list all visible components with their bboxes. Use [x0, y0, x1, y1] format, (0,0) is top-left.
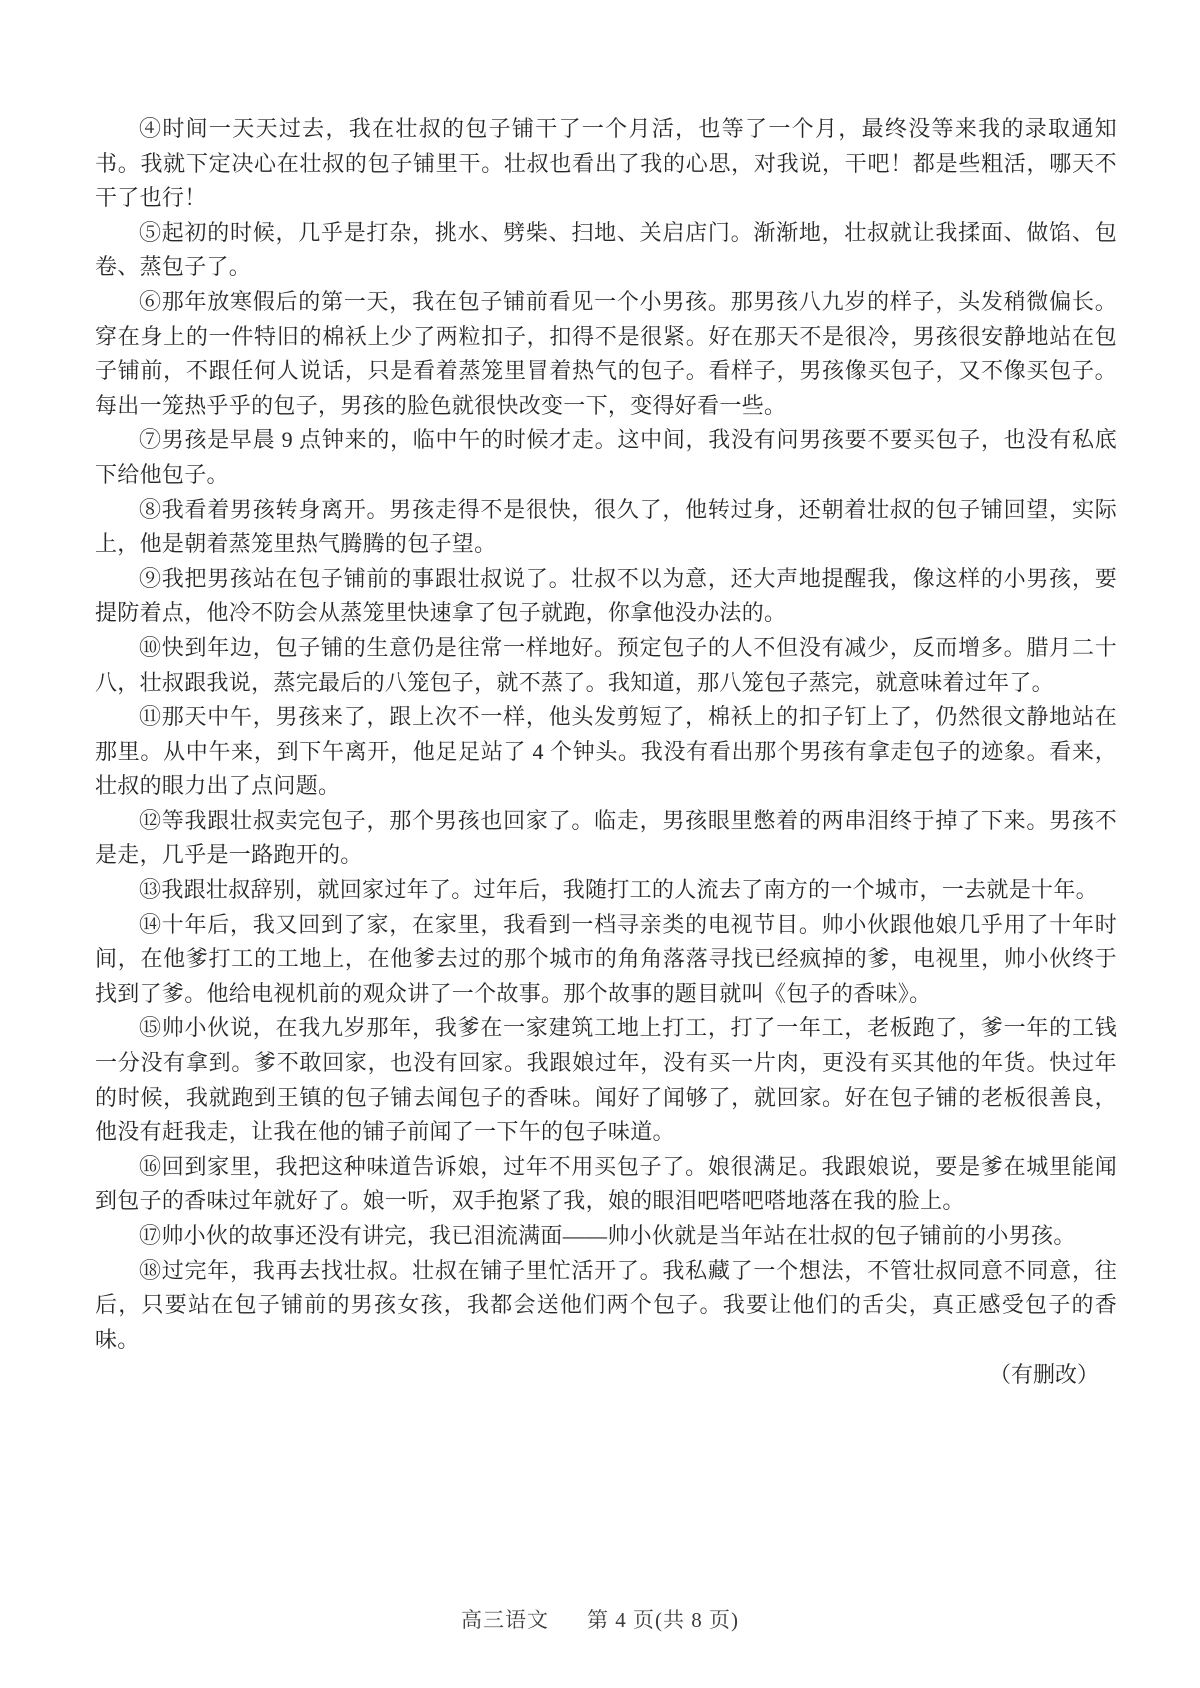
- paragraph-marker: ④: [139, 116, 162, 141]
- passage-paragraph: ⑭十年后，我又回到了家，在家里，我看到一档寻亲类的电视节目。帅小伙跟他娘几乎用了…: [95, 908, 1117, 1012]
- passage-paragraph: ⑯回到家里，我把这种味道告诉娘，过年不用买包子了。娘很满足。我跟娘说，要是爹在城…: [95, 1150, 1117, 1219]
- paragraph-marker: ⑦: [139, 427, 162, 452]
- passage-paragraph: ⑨我把男孩站在包子铺前的事跟壮叔说了。壮叔不以为意，还大声地提醒我，像这样的小男…: [95, 562, 1117, 631]
- exam-paper-page: ④时间一天天过去，我在壮叔的包子铺干了一个月活，也等了一个月，最终没等来我的录取…: [0, 0, 1200, 1688]
- paragraph-marker: ⑤: [139, 220, 162, 245]
- passage-paragraph: ⑦男孩是早晨 9 点钟来的，临中午的时候才走。这中间，我没有问男孩要不要买包子，…: [95, 423, 1117, 492]
- footer-course-label: 高三语文: [461, 1608, 549, 1632]
- paragraph-marker: ⑩: [139, 635, 162, 660]
- passage: ④时间一天天过去，我在壮叔的包子铺干了一个月活，也等了一个月，最终没等来我的录取…: [95, 112, 1117, 1357]
- paragraph-marker: ⑧: [139, 497, 162, 522]
- passage-paragraph: ⑤起初的时候，几乎是打杂，挑水、劈柴、扫地、关启店门。渐渐地，壮叔就让我揉面、做…: [95, 216, 1117, 285]
- paragraph-marker: ⑬: [139, 877, 161, 902]
- page-footer: 高三语文第 4 页(共 8 页): [0, 1604, 1200, 1634]
- passage-paragraph: ④时间一天天过去，我在壮叔的包子铺干了一个月活，也等了一个月，最终没等来我的录取…: [95, 112, 1117, 216]
- passage-paragraph: ⑩快到年边，包子铺的生意仍是往常一样地好。预定包子的人不但没有减少，反而增多。腊…: [95, 631, 1117, 700]
- paragraph-marker: ⑪: [139, 704, 162, 729]
- passage-content: ④时间一天天过去，我在壮叔的包子铺干了一个月活，也等了一个月，最终没等来我的录取…: [95, 112, 1117, 1393]
- paragraph-marker: ⑫: [139, 808, 162, 833]
- passage-paragraph: ⑱过完年，我再去找壮叔。壮叔在铺子里忙活开了。我私藏了一个想法，不管壮叔同意不同…: [95, 1254, 1117, 1358]
- paragraph-marker: ⑰: [139, 1223, 161, 1248]
- passage-paragraph: ⑫等我跟壮叔卖完包子，那个男孩也回家了。临走，男孩眼里憋着的两串泪终于掉了下来。…: [95, 804, 1117, 873]
- passage-paragraph: ⑧我看着男孩转身离开。男孩走得不是很快，很久了，他转过身，还朝着壮叔的包子铺回望…: [95, 493, 1117, 562]
- passage-paragraph: ⑪那天中午，男孩来了，跟上次不一样，他头发剪短了，棉袄上的扣子钉上了，仍然很文静…: [95, 700, 1117, 804]
- paragraph-marker: ⑨: [139, 566, 162, 591]
- passage-paragraph: ⑥那年放寒假后的第一天，我在包子铺前看见一个小男孩。那男孩八九岁的样子，头发稍微…: [95, 285, 1117, 423]
- paragraph-marker: ⑱: [139, 1258, 162, 1283]
- passage-paragraph: ⑰帅小伙的故事还没有讲完，我已泪流满面——帅小伙就是当年站在壮叔的包子铺前的小男…: [95, 1219, 1117, 1254]
- paragraph-marker: ⑯: [139, 1154, 162, 1179]
- paragraph-marker: ⑭: [139, 912, 162, 937]
- footer-page-number: 第 4 页(共 8 页): [587, 1608, 739, 1632]
- paragraph-marker: ⑥: [139, 289, 162, 314]
- passage-paragraph: ⑬我跟壮叔辞别，就回家过年了。过年后，我随打工的人流去了南方的一个城市，一去就是…: [95, 873, 1117, 908]
- paragraph-marker: ⑮: [139, 1015, 162, 1040]
- passage-attribution: （有删改）: [95, 1358, 1117, 1393]
- passage-paragraph: ⑮帅小伙说，在我九岁那年，我爹在一家建筑工地上打工，打了一年工，老板跑了，爹一年…: [95, 1011, 1117, 1149]
